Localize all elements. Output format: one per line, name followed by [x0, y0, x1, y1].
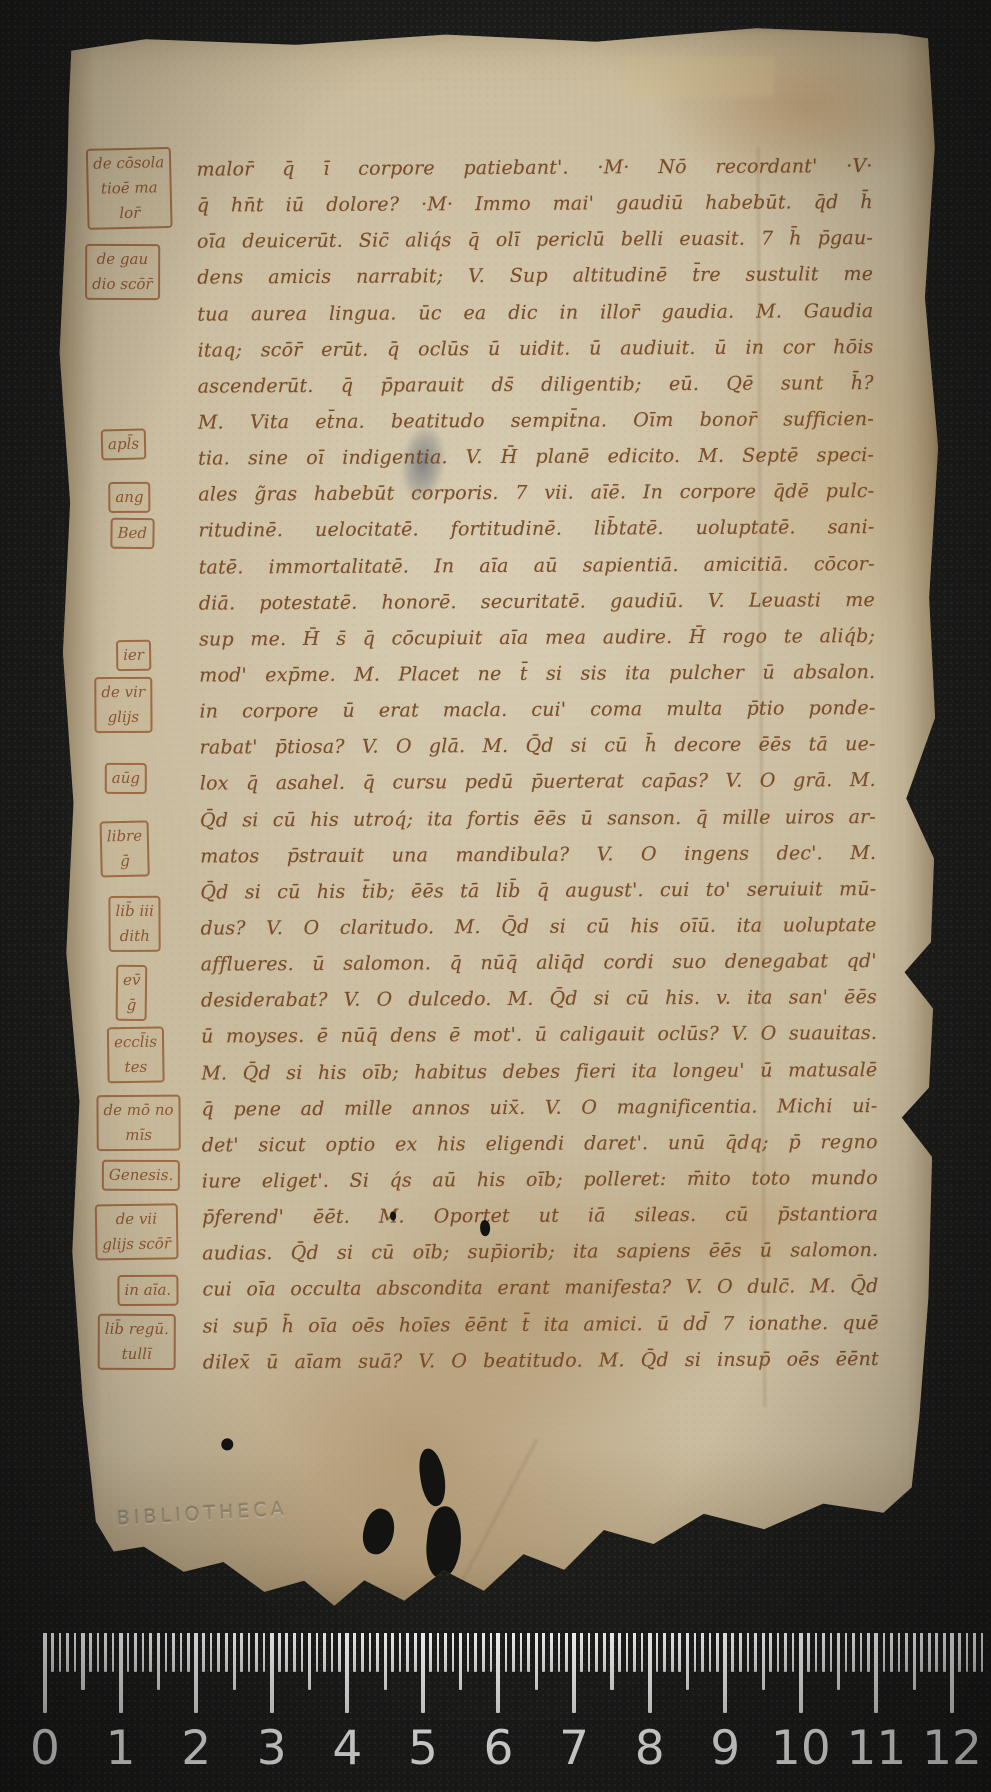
- ruler-tick: [369, 1633, 372, 1672]
- manuscript-text-line: iure eliget'. Si q́s aū his oīb; pollere…: [202, 1160, 878, 1200]
- ruler-tick: [580, 1633, 583, 1672]
- ruler-tick: [678, 1633, 681, 1672]
- ruler-tick: [59, 1633, 62, 1672]
- ruler-tick: [81, 1633, 84, 1690]
- ruler-tick: [535, 1633, 538, 1690]
- ruler-tick: [822, 1633, 825, 1672]
- ruler-tick: [656, 1633, 659, 1672]
- ruler-tick: [928, 1633, 931, 1672]
- ruler-tick: [905, 1633, 908, 1672]
- ruler-tick: [958, 1633, 961, 1672]
- ruler-tick: [943, 1633, 946, 1672]
- ruler-tick: [74, 1633, 77, 1672]
- ruler-tick: [966, 1633, 969, 1672]
- manuscript-photo: de cōsolatioē malor̄de gaudio scōr̄apl̄s…: [0, 0, 991, 1792]
- ruler-tick: [883, 1633, 886, 1672]
- ruler-tick: [157, 1633, 160, 1690]
- margin-annotation-box: de gaudio scōr̄: [85, 244, 160, 300]
- parchment-page: de cōsolatioē malor̄de gaudio scōr̄apl̄s…: [51, 26, 944, 1611]
- manuscript-text-line: si sup̄ h̄ oīa oēs hoīes ēēnt t̄ ita ami…: [203, 1305, 879, 1345]
- ruler-tick: [467, 1633, 470, 1672]
- ruler-tick: [331, 1633, 334, 1672]
- ruler-tick: [739, 1633, 742, 1672]
- ruler-tick: [345, 1633, 349, 1713]
- margin-annotation-box: ang: [108, 482, 150, 513]
- ruler-tick: [898, 1633, 901, 1672]
- ruler-tick: [784, 1633, 787, 1672]
- ruler-tick: [414, 1633, 417, 1672]
- manuscript-text-line: mod' exp̄me. M. Placet ne t̄ si sis ita …: [199, 654, 875, 694]
- ruler-tick: [837, 1633, 840, 1690]
- ruler-tick: [66, 1633, 69, 1672]
- ruler-tick: [694, 1633, 697, 1672]
- ruler-tick: [830, 1633, 833, 1672]
- ruler-tick: [399, 1633, 402, 1672]
- ruler-tick: [119, 1633, 123, 1713]
- ruler-tick: [255, 1633, 258, 1672]
- ruler-tick: [240, 1633, 243, 1672]
- parchment-hole: [221, 1438, 233, 1450]
- ruler-tick: [482, 1633, 485, 1672]
- manuscript-text-line: ascenderūt. q̄ p̄parauit ds̄ diligentib;…: [198, 365, 874, 405]
- ruler-tick: [913, 1633, 916, 1690]
- ruler-tick: [338, 1633, 341, 1672]
- ruler-tick: [874, 1633, 878, 1713]
- ruler-tick: [981, 1633, 984, 1672]
- ruler-tick: [134, 1633, 137, 1672]
- ruler-tick: [165, 1633, 168, 1672]
- manuscript-text-line: tatē. immortalitatē. In aīa aū sapientiā…: [199, 546, 875, 586]
- margin-annotation-box: apl̄s: [101, 428, 147, 460]
- ruler-tick: [860, 1633, 863, 1672]
- ruler-tick: [799, 1633, 803, 1713]
- ruler-tick: [572, 1633, 576, 1713]
- margin-annotation-box: libreḡ: [100, 820, 151, 877]
- ruler-tick: [496, 1633, 500, 1713]
- manuscript-text-line: malor̄ q̄ ī corpore patiebant'. ·M· Nō r…: [197, 148, 873, 188]
- ruler-tick: [459, 1633, 462, 1690]
- manuscript-text-line: itaq; scōr̄ erūt. q̄ oclūs ū uidit. ū au…: [197, 329, 873, 369]
- ruler-tick: [565, 1633, 568, 1672]
- ruler-tick: [723, 1633, 727, 1713]
- ruler-tick: [550, 1633, 553, 1672]
- ruler-tick: [421, 1633, 425, 1713]
- ruler-tick: [807, 1633, 810, 1672]
- ruler-tick: [43, 1633, 47, 1713]
- ruler-tick: [731, 1633, 734, 1672]
- margin-annotation-box: lib̄ regū.tullī: [98, 1314, 176, 1370]
- ruler-tick: [610, 1633, 613, 1690]
- ruler-tick: [588, 1633, 591, 1672]
- manuscript-text-line: ritudinē. uelocitatē. fortitudinē. lib̄t…: [198, 509, 874, 549]
- manuscript-text-line: dens amicis narrabit; V. Sup altitudinē …: [197, 256, 873, 296]
- ruler-tick: [248, 1633, 251, 1672]
- manuscript-text-line: rabat' p̄tiosa? V. O glā. M. Q̄d si cū h…: [200, 726, 876, 766]
- margin-annotation-box: Genesis.: [102, 1160, 180, 1191]
- ruler-number: 5: [408, 1721, 438, 1776]
- manuscript-text-line: in corpore ū erat macla. cui' coma multa…: [199, 690, 875, 730]
- manuscript-text-line: tua aurea lingua. ūc ea dic in illor̄ ga…: [197, 293, 873, 333]
- manuscript-text-line: diā. potestatē. honorē. securitatē. gaud…: [199, 582, 875, 622]
- ruler-tick: [104, 1633, 107, 1672]
- ruler-tick: [935, 1633, 938, 1672]
- ruler-number: 9: [710, 1721, 740, 1776]
- ruler-tick: [920, 1633, 923, 1672]
- ruler-tick: [316, 1633, 319, 1672]
- parchment-hole: [416, 1447, 448, 1508]
- manuscript-text-line: dus? V. O claritudo. M. Q̄d si cū his oī…: [200, 907, 876, 947]
- ruler-tick: [845, 1633, 848, 1672]
- ruler-tick: [527, 1633, 530, 1672]
- ruler-tick: [285, 1633, 288, 1672]
- margin-annotation-box: de virglijs: [94, 677, 152, 733]
- manuscript-text-line: p̄ferend' ēēt. M. Oportet ut iā sileas. …: [202, 1196, 878, 1236]
- ruler-tick: [852, 1633, 855, 1672]
- margin-annotation-box: de mō nomīs: [96, 1095, 180, 1151]
- ruler-number: 6: [484, 1721, 514, 1776]
- ruler-tick: [769, 1633, 772, 1672]
- ruler-tick: [777, 1633, 780, 1672]
- ruler-tick: [709, 1633, 712, 1672]
- manuscript-text-line: lox q̄ asahel. q̄ cursu pedū p̄uerterat …: [200, 762, 876, 802]
- margin-annotation-box: de viiglijs scōr̄: [95, 1203, 178, 1260]
- ruler-number: 4: [332, 1721, 362, 1776]
- ruler-tick: [89, 1633, 92, 1672]
- ruler-tick: [112, 1633, 115, 1672]
- manuscript-text-line: Q̄d si cū his t̄ib; ēēs tā lib̄ q̄ augus…: [200, 871, 876, 911]
- ruler-tick: [671, 1633, 674, 1672]
- ruler-tick: [149, 1633, 152, 1672]
- manuscript-text-line: ales g̃ras habebūt corporis. 7 vii. aīē.…: [198, 473, 874, 513]
- ruler-tick: [512, 1633, 515, 1672]
- manuscript-text-line: tia. sine oī indigentia. V. H̄ planē edi…: [198, 437, 874, 477]
- ruler-tick: [51, 1633, 54, 1672]
- margin-annotation-box: Bed: [110, 518, 154, 550]
- ruler-tick: [603, 1633, 606, 1672]
- faint-stamp: [624, 57, 774, 98]
- parchment-hole: [480, 1220, 490, 1236]
- manuscript-text-line: oīa deuicerūt. Sic̄ aliq́s q̄ olī pericl…: [197, 220, 873, 260]
- ruler-tick: [641, 1633, 644, 1672]
- ruler-tick: [429, 1633, 432, 1672]
- ruler-tick: [301, 1633, 304, 1672]
- ruler: 0123456789101112: [0, 1633, 991, 1792]
- ruler-tick: [558, 1633, 561, 1672]
- ruler-tick: [973, 1633, 976, 1672]
- ruler-tick: [633, 1633, 636, 1672]
- ruler-tick: [180, 1633, 183, 1672]
- ruler-tick: [293, 1633, 296, 1672]
- text-block: malor̄ q̄ ī corpore patiebant'. ·M· Nō r…: [197, 148, 879, 1380]
- ruler-number: 11: [847, 1721, 907, 1776]
- ruler-tick: [618, 1633, 621, 1672]
- margin-annotation-box: lib̄ iiidith: [108, 896, 161, 952]
- manuscript-text-line: dilex̄ ū aīam suā? V. O beatitudo. M. Q̄…: [203, 1341, 879, 1381]
- ruler-tick: [890, 1633, 893, 1672]
- ruler-number: 12: [922, 1721, 982, 1776]
- ruler-tick: [308, 1633, 311, 1690]
- ruler-tick: [194, 1633, 198, 1713]
- ruler-number: 1: [106, 1721, 136, 1776]
- margin-annotation-box: ier: [116, 640, 151, 671]
- manuscript-text-line: q̄ pene ad mille annos uix̄. V. O magnif…: [201, 1088, 877, 1128]
- manuscript-text-line: Q̄d si cū his utroq́; ita fortis ēēs ū s…: [200, 799, 876, 839]
- ruler-number: 8: [635, 1721, 665, 1776]
- ruler-tick: [701, 1633, 704, 1672]
- ruler-tick: [444, 1633, 447, 1672]
- ruler-tick: [626, 1633, 629, 1672]
- ruler-tick: [172, 1633, 175, 1672]
- margin-annotation-box: de cōsolatioē malor̄: [86, 147, 173, 230]
- ruler-tick: [127, 1633, 130, 1672]
- ruler-tick: [595, 1633, 598, 1672]
- ruler-tick: [384, 1633, 387, 1690]
- ruler-tick: [716, 1633, 719, 1672]
- ruler-number: 2: [181, 1721, 211, 1776]
- ruler-tick: [747, 1633, 750, 1672]
- ruler-tick: [323, 1633, 326, 1672]
- ruler-number: 7: [559, 1721, 589, 1776]
- ruler-tick: [815, 1633, 818, 1672]
- ruler-tick: [353, 1633, 356, 1672]
- margin-annotation-box: eccl̄istes: [107, 1027, 165, 1084]
- ruler-number: 3: [257, 1721, 287, 1776]
- ruler-tick: [792, 1633, 795, 1672]
- manuscript-text-line: sup me. H̄ s̄ q̄ cōcupiuit aīa mea audir…: [199, 618, 875, 658]
- ruler-tick: [648, 1633, 652, 1713]
- manuscript-text-line: det' sicut optio ex his eligendi daret'.…: [202, 1124, 878, 1164]
- manuscript-text-line: ū moyses. ē nūq̄ dens ē mot'. ū caligaui…: [201, 1015, 877, 1055]
- ruler-tick: [233, 1633, 236, 1690]
- ruler-tick: [663, 1633, 666, 1672]
- manuscript-text-line: q̄ hn̄t iū dolore? ·M· Immo mai' gaudiū …: [197, 184, 873, 224]
- margin-annotation-box: in aīa.: [117, 1275, 178, 1306]
- margin-annotation-box: aūg: [105, 763, 147, 794]
- ruler-tick: [97, 1633, 100, 1672]
- parchment-hole: [358, 1506, 399, 1558]
- ruler-number: 10: [771, 1721, 831, 1776]
- ruler-tick: [263, 1633, 266, 1672]
- ruler-tick: [142, 1633, 145, 1672]
- ruler-tick: [437, 1633, 440, 1672]
- ruler-tick: [278, 1633, 281, 1672]
- manuscript-text-line: audias. Q̄d si cū oīb; sup̄iorib; ita sa…: [202, 1232, 878, 1272]
- ruler-tick: [520, 1633, 523, 1672]
- ruler-tick: [490, 1633, 493, 1672]
- manuscript-text-line: M. Vita et̄na. beatitudo sempit̄na. Oīm …: [198, 401, 874, 441]
- ruler-tick: [270, 1633, 274, 1713]
- manuscript-text-line: M. Q̄d si his oīb; habitus debes fieri i…: [201, 1052, 877, 1092]
- ruler-tick: [686, 1633, 689, 1690]
- margin-annotations: de cōsolatioē malor̄de gaudio scōr̄apl̄s…: [51, 30, 209, 1611]
- ruler-tick: [202, 1633, 205, 1672]
- ruler-tick: [762, 1633, 765, 1690]
- ruler-tick: [950, 1633, 954, 1713]
- ruler-tick: [217, 1633, 220, 1672]
- ruler-tick: [452, 1633, 455, 1672]
- ruler-tick: [505, 1633, 508, 1672]
- margin-annotation-box: ev̄ḡ: [116, 965, 148, 1021]
- ruler-tick: [406, 1633, 409, 1672]
- ruler-tick: [867, 1633, 870, 1672]
- ruler-tick: [361, 1633, 364, 1672]
- manuscript-text-line: cui oīa occulta abscondita erant manifes…: [202, 1268, 878, 1308]
- ruler-tick: [187, 1633, 190, 1672]
- parchment-hole: [390, 1212, 396, 1221]
- manuscript-text-line: afflueres. ū salomon. q̄ nūq̄ aliq̄d cor…: [201, 943, 877, 983]
- parchment-hole: [423, 1505, 464, 1580]
- manuscript-text-line: desiderabat? V. O dulcedo. M. Q̄d si cū …: [201, 979, 877, 1019]
- ruler-tick: [542, 1633, 545, 1672]
- manuscript-text-line: matos p̄strauit una mandibula? V. O inge…: [200, 835, 876, 875]
- ruler-tick: [391, 1633, 394, 1672]
- ruler-tick: [210, 1633, 213, 1672]
- ruler-tick: [225, 1633, 228, 1672]
- ruler-tick: [376, 1633, 379, 1672]
- ruler-number: 0: [30, 1721, 60, 1776]
- ruler-tick: [474, 1633, 477, 1672]
- ruler-tick: [754, 1633, 757, 1672]
